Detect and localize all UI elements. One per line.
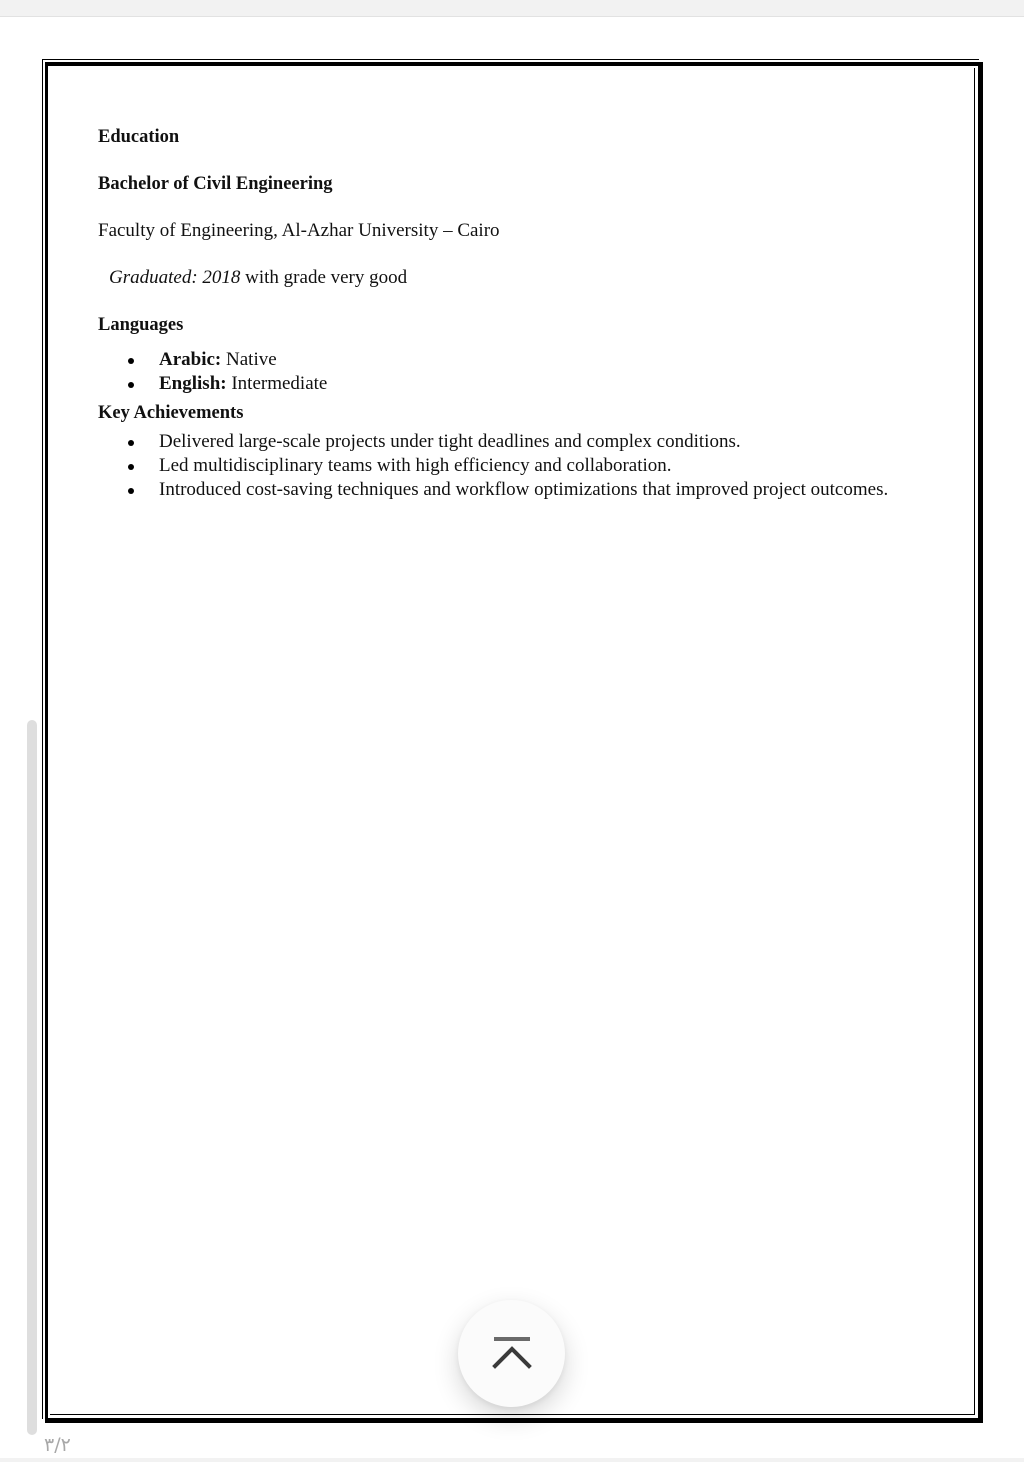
scrollbar-thumb[interactable] [27,720,37,1435]
vertical-scrollbar[interactable] [27,60,37,1435]
graduated-label: Graduated: 2018 [109,267,240,288]
achievement-text: Introduced cost-saving techniques and wo… [159,479,888,500]
list-item: English: Intermediate [98,372,968,396]
languages-heading: Languages [98,308,968,348]
language-name: Arabic: [159,349,221,370]
degree-title: Bachelor of Civil Engineering [98,167,968,214]
bullet-icon [128,358,134,364]
scroll-to-top-icon [490,1336,534,1372]
achievements-heading: Key Achievements [98,396,968,430]
list-item: Delivered large-scale projects under tig… [98,430,968,454]
graduation-line: Graduated: 2018 with grade very good [98,261,968,308]
institution-text: Faculty of Engineering, Al-Azhar Univers… [98,214,968,261]
education-heading: Education [98,120,968,167]
bullet-icon [128,464,134,470]
list-item: Introduced cost-saving techniques and wo… [98,478,968,502]
achievement-text: Led multidisciplinary teams with high ef… [159,455,672,476]
scroll-to-top-button[interactable] [458,1300,565,1407]
viewer-bottom-bar [0,1458,1024,1462]
achievement-text: Delivered large-scale projects under tig… [159,431,741,452]
language-name: English: [159,373,227,394]
language-level: Native [221,349,276,370]
page-indicator: ۳/۲ [44,1434,71,1456]
bullet-icon [128,382,134,388]
bullet-icon [128,488,134,494]
achievements-list: Delivered large-scale projects under tig… [98,430,968,502]
graduated-detail: with grade very good [240,267,407,288]
language-level: Intermediate [227,373,328,394]
bullet-icon [128,440,134,446]
viewer-top-bar [0,0,1024,17]
languages-list: Arabic: Native English: Intermediate [98,348,968,396]
document-content: Education Bachelor of Civil Engineering … [98,120,968,502]
list-item: Led multidisciplinary teams with high ef… [98,454,968,478]
list-item: Arabic: Native [98,348,968,372]
